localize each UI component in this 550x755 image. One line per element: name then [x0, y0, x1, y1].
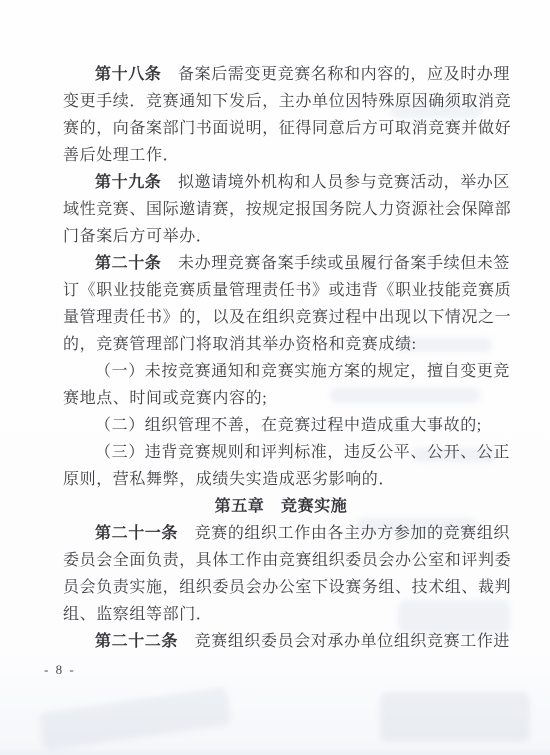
- line-text: 竞赛组织委员会对承办单位组织竞赛工作进: [178, 633, 510, 650]
- article-number: 第二十一条: [95, 525, 178, 542]
- line-text: 备案后需变更竞赛名称和内容的，应及时办理: [161, 66, 510, 83]
- line-text: 拟邀请境外机构和人员参与竞赛活动，举办区: [161, 174, 510, 191]
- text-line: 原则，营私舞弊，成绩失实造成恶劣影响的．: [63, 466, 499, 493]
- text-line: 组、监察组等部门．: [63, 601, 499, 628]
- article-22-line: 第二十二条 竞赛组织委员会对承办单位组织竞赛工作进: [63, 628, 499, 655]
- line-text: 委员会全面负责，具体工作由竞赛组织委员会办公室和评判委: [63, 552, 511, 569]
- line-text: （二）组织管理不善，在竞赛过程中造成重大事故的;: [95, 417, 482, 434]
- line-text: 善后处理工作．: [63, 147, 179, 164]
- line-text: 门备案后方可举办．: [63, 228, 212, 245]
- text-line: 委员会全面负责，具体工作由竞赛组织委员会办公室和评判委: [63, 547, 499, 574]
- line-text: 未办理竞赛备案手续或虽履行备案手续但未签: [161, 255, 510, 272]
- text-line: 订《职业技能竞赛质量管理责任书》或违背《职业技能竞赛质: [63, 277, 499, 304]
- article-number: 第二十条: [95, 255, 161, 272]
- text-line: 善后处理工作．: [63, 142, 499, 169]
- article-19-line: 第十九条 拟邀请境外机构和人员参与竞赛活动，举办区: [63, 169, 499, 196]
- line-text: 竞赛的组织工作由各主办方参加的竞赛组织: [178, 525, 510, 542]
- chapter-heading-text: 第五章 竞赛实施: [215, 498, 348, 515]
- line-text: 赛的，向备案部门书面说明，征得同意后方可取消竞赛并做好: [63, 120, 511, 137]
- line-text: 原则，营私舞弊，成绩失实造成恶劣影响的．: [63, 471, 395, 488]
- line-text: （三）违背竞赛规则和评判标准，违反公平、公开、公正: [95, 444, 510, 461]
- article-number: 第二十二条: [95, 633, 178, 650]
- article-20-line: 第二十条 未办理竞赛备案手续或虽履行备案手续但未签: [63, 250, 499, 277]
- article-21-line: 第二十一条 竞赛的组织工作由各主办方参加的竞赛组织: [63, 520, 499, 547]
- clause-3-line: （三）违背竞赛规则和评判标准，违反公平、公开、公正: [63, 439, 499, 466]
- article-number: 第十八条: [95, 66, 161, 83]
- line-text: 变更手续．竞赛通知下发后，主办单位因特殊原因确须取消竞: [63, 93, 511, 110]
- clause-1-line: （一）未按竞赛通知和竞赛实施方案的规定，擅自变更竞: [63, 358, 499, 385]
- line-text: 量管理责任书》的，以及在组织竞赛过程中出现以下情况之一: [63, 309, 511, 326]
- text-line: 量管理责任书》的，以及在组织竞赛过程中出现以下情况之一: [63, 304, 499, 331]
- article-number: 第十九条: [95, 174, 161, 191]
- text-line: 域性竞赛、国际邀请赛，按规定报国务院人力资源社会保障部: [63, 196, 499, 223]
- line-text: 的，竞赛管理部门将取消其举办资格和竞赛成绩:: [63, 336, 417, 353]
- text-line: 变更手续．竞赛通知下发后，主办单位因特殊原因确须取消竞: [63, 88, 499, 115]
- chapter-heading: 第五章 竞赛实施: [63, 493, 499, 520]
- text-line: 门备案后方可举办．: [63, 223, 499, 250]
- line-text: 赛地点、时间或竞赛内容的;: [63, 390, 267, 407]
- line-text: 订《职业技能竞赛质量管理责任书》或违背《职业技能竞赛质: [63, 282, 511, 299]
- text-line: 赛的，向备案部门书面说明，征得同意后方可取消竞赛并做好: [63, 115, 499, 142]
- document-body: 第十八条 备案后需变更竞赛名称和内容的，应及时办理 变更手续．竞赛通知下发后，主…: [63, 61, 499, 655]
- text-line: 赛地点、时间或竞赛内容的;: [63, 385, 499, 412]
- text-line: 员会负责实施，组织委员会办公室下设赛务组、技术组、裁判: [63, 574, 499, 601]
- article-18-line: 第十八条 备案后需变更竞赛名称和内容的，应及时办理: [63, 61, 499, 88]
- line-text: 域性竞赛、国际邀请赛，按规定报国务院人力资源社会保障部: [63, 201, 511, 218]
- line-text: 员会负责实施，组织委员会办公室下设赛务组、技术组、裁判: [63, 579, 511, 596]
- line-text: 组、监察组等部门．: [63, 606, 212, 623]
- text-line: 的，竞赛管理部门将取消其举办资格和竞赛成绩:: [63, 331, 499, 358]
- clause-2-line: （二）组织管理不善，在竞赛过程中造成重大事故的;: [63, 412, 499, 439]
- page-number: - 8 -: [44, 662, 76, 678]
- line-text: （一）未按竞赛通知和竞赛实施方案的规定，擅自变更竞: [95, 363, 510, 380]
